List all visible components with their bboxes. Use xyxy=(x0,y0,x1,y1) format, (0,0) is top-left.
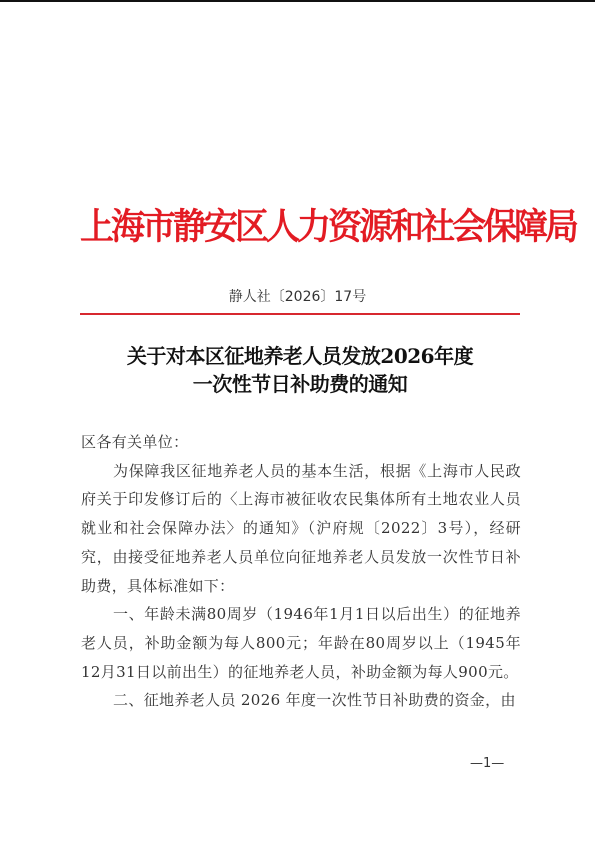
headline-line-2: 一次性节日补助费的通知 xyxy=(80,370,520,398)
notice-headline: 关于对本区征地养老人员发放2026年度 一次性节日补助费的通知 xyxy=(80,342,520,398)
red-divider xyxy=(80,313,520,315)
salutation: 区各有关单位： xyxy=(81,428,521,457)
paragraph-item-1: 一、年龄未满80周岁（1946年1月1日以后出生）的征地养老人员，补助金额为每人… xyxy=(81,600,521,686)
document-body: 区各有关单位： 为保障我区征地养老人员的基本生活，根据《上海市人民政府关于印发修… xyxy=(81,428,521,715)
page-number: —1— xyxy=(470,756,504,771)
issuer-title: 上海市静安区人力资源和社会保障局 xyxy=(80,198,520,249)
document-number: 静人社〔2026〕17号 xyxy=(0,286,595,306)
paragraph-intro: 为保障我区征地养老人员的基本生活，根据《上海市人民政府关于印发修订后的〈上海市被… xyxy=(81,457,521,601)
paragraph-item-2: 二、征地养老人员 2026 年度一次性节日补助费的资金，由 xyxy=(81,686,521,715)
headline-line-1: 关于对本区征地养老人员发放2026年度 xyxy=(80,342,520,370)
page-top-border xyxy=(0,0,595,2)
